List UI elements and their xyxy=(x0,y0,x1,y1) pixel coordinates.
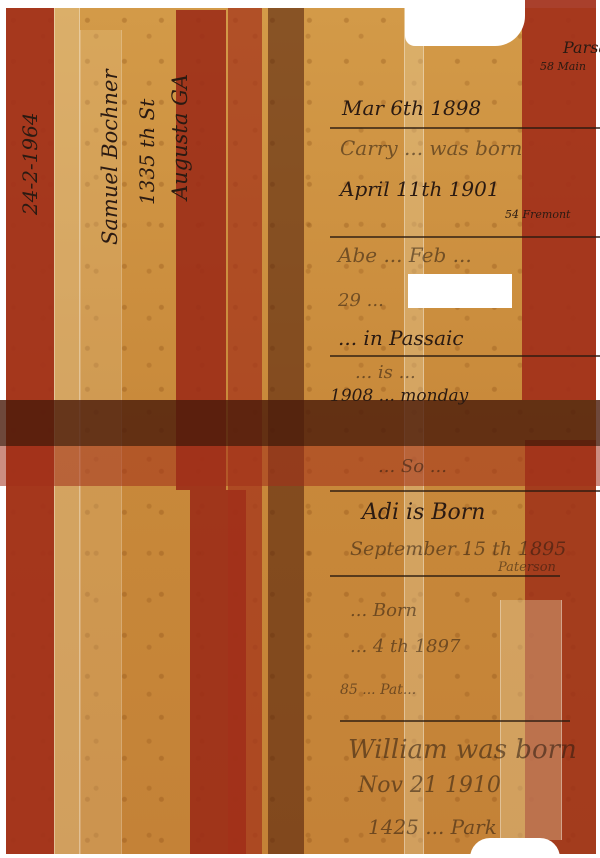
address-line-1: 1335 th St xyxy=(135,99,159,205)
ruled-line xyxy=(340,720,570,722)
address-line-2: Augusta GA xyxy=(168,74,192,200)
ruled-line xyxy=(330,236,600,238)
addressee-name: Samuel Bochner xyxy=(98,69,122,245)
entry-line: William was born xyxy=(348,735,577,765)
entry-note: 1425 ... Park xyxy=(368,815,497,839)
entry-note: Paterson xyxy=(498,560,556,575)
entry-line: ... So ... xyxy=(378,456,447,477)
entry-line: 29 ... xyxy=(338,290,384,311)
top-fragment-note: 58 Main xyxy=(540,60,586,73)
entry-line: ... 4 th 1897 xyxy=(350,636,460,657)
entry-line: 1908 ... monday xyxy=(330,386,468,406)
entry-line: April 11th 1901 xyxy=(340,177,500,201)
ruled-line xyxy=(330,575,560,577)
entry-line: Nov 21 1910 xyxy=(358,773,501,798)
document-photo: 24-2-1964 Samuel Bochner 1335 th St Augu… xyxy=(0,0,600,858)
entry-line: ... Born xyxy=(350,600,417,621)
entry-line: Carry ... was born xyxy=(340,136,522,160)
entry-line: Mar 6th 1898 xyxy=(342,96,481,120)
entry-line: Adi is Born xyxy=(362,500,485,525)
ruled-line xyxy=(330,355,600,357)
torn-edge xyxy=(470,838,560,858)
date-note: 24-2-1964 xyxy=(18,112,42,215)
tape-band xyxy=(0,446,600,486)
ruled-line xyxy=(330,127,600,129)
entry-note: 85 ... Pat... xyxy=(340,682,416,698)
entry-note: ... in Passaic xyxy=(338,326,464,350)
torn-edge xyxy=(405,0,525,46)
entry-line: Abe ... Feb ... xyxy=(338,243,472,267)
entry-line: ... is ... xyxy=(355,362,416,383)
entry-note: 54 Fremont xyxy=(505,208,570,221)
ruled-line xyxy=(330,490,600,492)
tape-band xyxy=(0,400,600,446)
torn-patch xyxy=(408,274,512,308)
top-fragment: Parsaic xyxy=(563,38,600,57)
entry-line: September 15 th 1895 xyxy=(350,538,566,560)
